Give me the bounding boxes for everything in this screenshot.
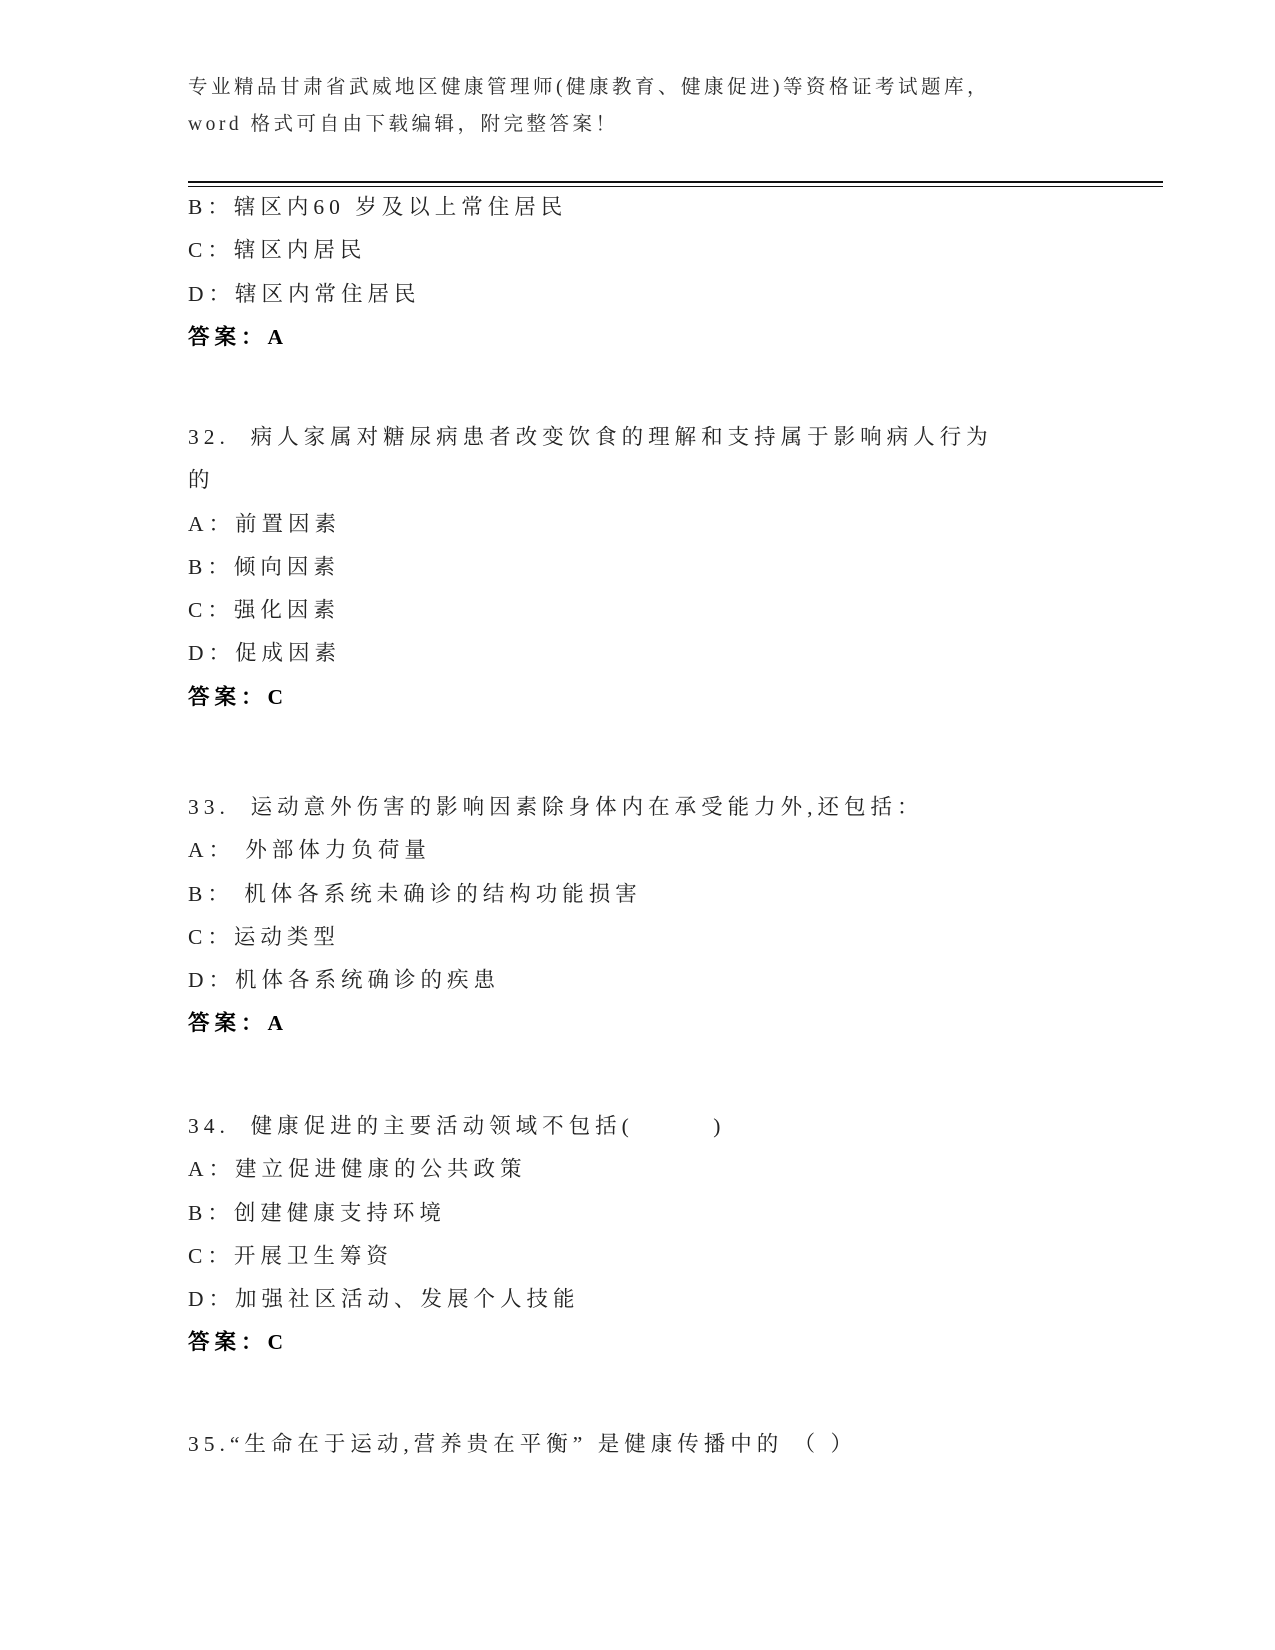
option-line-d: D：机体各系统确诊的疾患 (188, 959, 1188, 1002)
option-line-d: D：辖区内常住居民 (188, 273, 1188, 316)
answer-line: 答案：C (188, 1321, 1188, 1364)
option-line-d: D：促成因素 (188, 632, 1188, 675)
question-35-block: 35.“生命在于运动,营养贵在平衡” 是健康传播中的 （ ） (188, 1423, 1188, 1466)
question-text-line: 32. 病人家属对糖尿病患者改变饮食的理解和支持属于影响病人行为 (188, 416, 1188, 459)
answer-line: 答案：A (188, 1002, 1188, 1045)
question-text-line: 34. 健康促进的主要活动领域不包括( ) (188, 1105, 1188, 1148)
option-line-c: C：开展卫生筹资 (188, 1235, 1188, 1278)
question-31-options-block: B：辖区内60 岁及以上常住居民 C：辖区内居民 D：辖区内常住居民 答案：A (188, 186, 1188, 359)
option-line-d: D：加强社区活动、发展个人技能 (188, 1278, 1188, 1321)
header-line-2: word 格式可自由下载编辑，附完整答案！ (188, 106, 1108, 143)
option-line-a: A：前置因素 (188, 503, 1188, 546)
question-text-line: 33. 运动意外伤害的影响因素除身体内在承受能力外,还包括： (188, 786, 1188, 829)
question-text-line: 35.“生命在于运动,营养贵在平衡” 是健康传播中的 （ ） (188, 1423, 1188, 1466)
option-line-b: B：倾向因素 (188, 546, 1188, 589)
option-line-a: A： 外部体力负荷量 (188, 829, 1188, 872)
header-line-1: 专业精品甘肃省武威地区健康管理师(健康教育、健康促进)等资格证考试题库， (188, 69, 1108, 106)
option-line-b: B： 机体各系统未确诊的结构功能损害 (188, 873, 1188, 916)
question-33-block: 33. 运动意外伤害的影响因素除身体内在承受能力外,还包括： A： 外部体力负荷… (188, 786, 1188, 1046)
option-line-b: B：辖区内60 岁及以上常住居民 (188, 186, 1188, 229)
option-line-c: C：运动类型 (188, 916, 1188, 959)
exam-document-page: 专业精品甘肃省武威地区健康管理师(健康教育、健康促进)等资格证考试题库， wor… (0, 0, 1275, 1650)
option-line-a: A：建立促进健康的公共政策 (188, 1148, 1188, 1191)
question-34-block: 34. 健康促进的主要活动领域不包括( ) A：建立促进健康的公共政策 B：创建… (188, 1105, 1188, 1365)
question-32-block: 32. 病人家属对糖尿病患者改变饮食的理解和支持属于影响病人行为 的 A：前置因… (188, 416, 1188, 719)
answer-line: 答案：A (188, 316, 1188, 359)
option-line-b: B：创建健康支持环境 (188, 1192, 1188, 1235)
question-text-continuation: 的 (188, 459, 1188, 502)
option-line-c: C：强化因素 (188, 589, 1188, 632)
answer-line: 答案：C (188, 676, 1188, 719)
option-line-c: C：辖区内居民 (188, 229, 1188, 272)
doc-header: 专业精品甘肃省武威地区健康管理师(健康教育、健康促进)等资格证考试题库， wor… (188, 69, 1108, 143)
